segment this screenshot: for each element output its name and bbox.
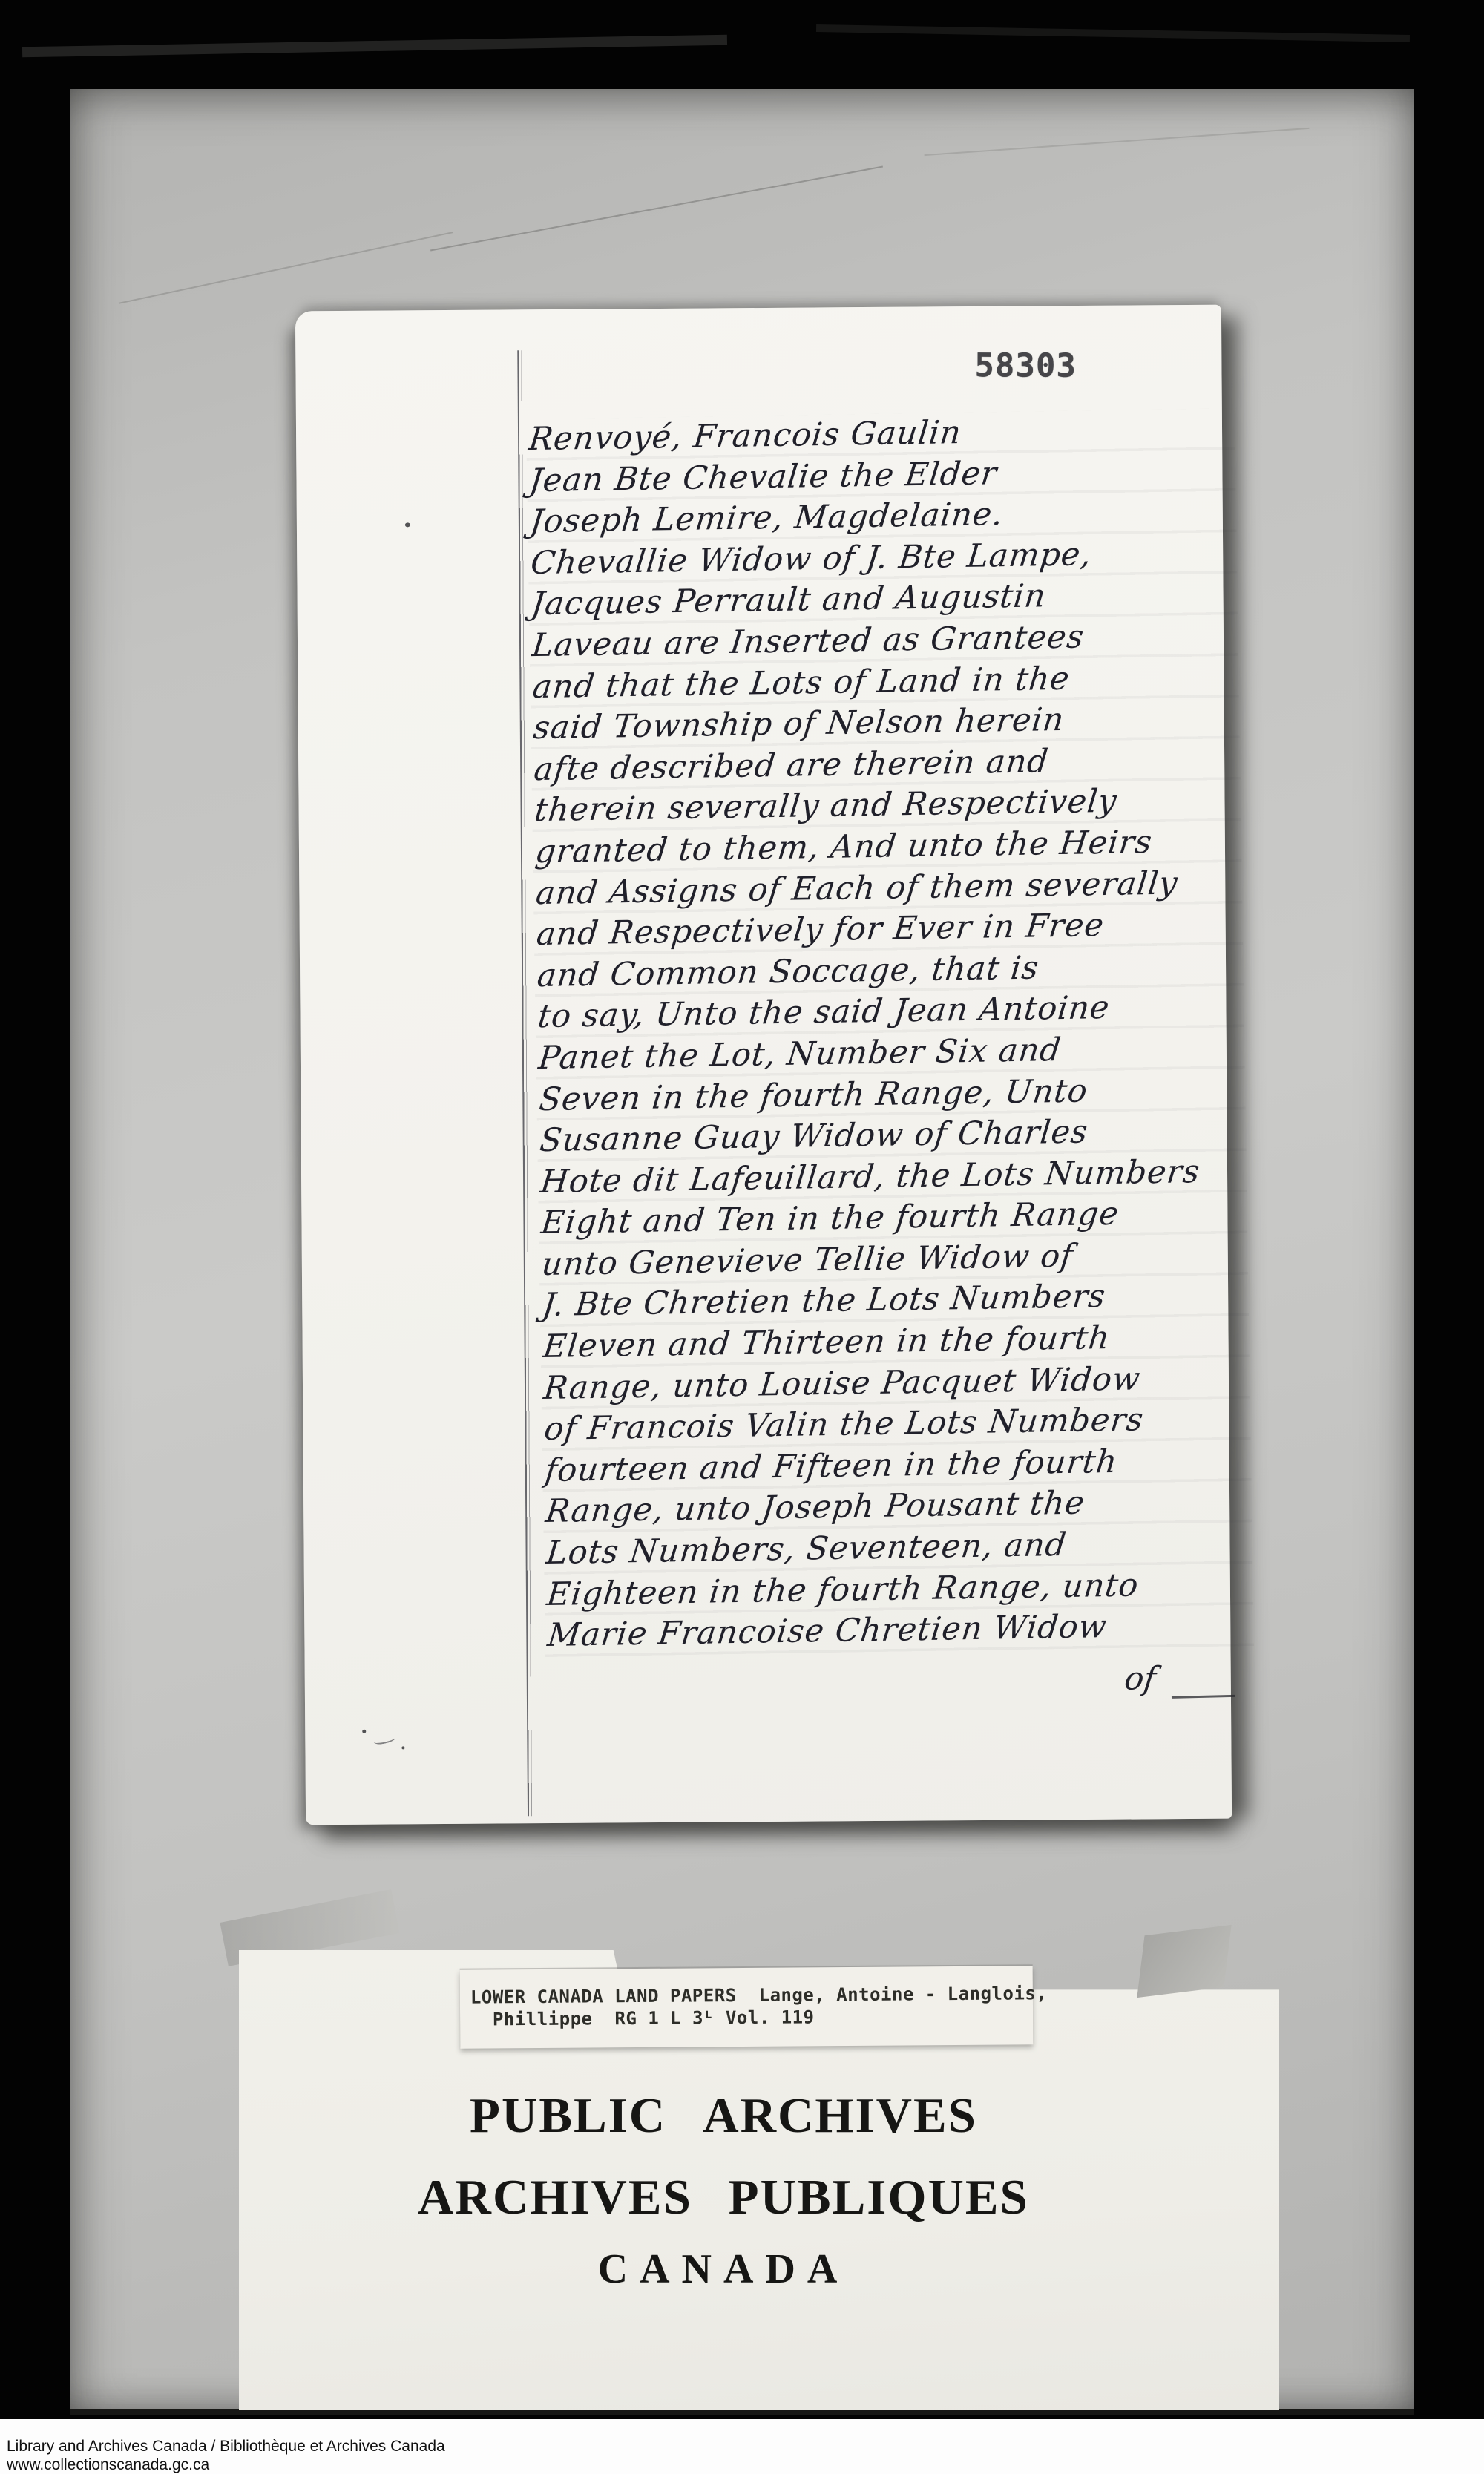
handwriting-lines: Renvoyé, Francois GaulinJean Bte Chevali… [526,408,1254,1657]
catchword-rule [1172,1695,1235,1699]
pen-squiggle [373,1733,396,1745]
film-streak [22,35,727,58]
manuscript-page: 58303 Renvoyé, Francois GaulinJean Bte C… [295,305,1232,1825]
lac-footer-url: www.collectionscanada.gc.ca [0,2455,1484,2474]
film-streak [816,24,1410,42]
page-number-stamp: 58303 [974,347,1077,384]
canada-label: CANADA [278,2247,1169,2291]
tape-piece-right [1137,1925,1231,1998]
ink-speck [401,1746,404,1749]
public-archives-en: PUBLIC ARCHIVES [278,2090,1169,2142]
lac-footer: Library and Archives Canada / Bibliothèq… [0,2419,1484,2474]
archives-publiques-fr: ARCHIVES PUBLIQUES [278,2171,1169,2223]
scratch-line [430,166,883,252]
public-archives-imprint: PUBLIC ARCHIVES ARCHIVES PUBLIQUES CANAD… [278,2090,1169,2291]
ink-speck [362,1730,366,1733]
typed-label-line2: Phillippe RG 1 L 3ᴸ Vol. 119 [470,2004,1033,2030]
scratch-line [119,232,453,304]
typed-label-line1: LOWER CANADA LAND PAPERS Lange, Antoine … [470,1982,1033,2008]
catchword: of [1123,1660,1158,1697]
microfilm-photo-area: 58303 Renvoyé, Francois GaulinJean Bte C… [70,89,1414,2415]
scratch-line [925,128,1310,156]
ink-speck [405,522,410,527]
lac-footer-title: Library and Archives Canada / Bibliothèq… [0,2437,1484,2455]
typed-reference-label: LOWER CANADA LAND PAPERS Lange, Antoine … [460,1966,1034,2048]
